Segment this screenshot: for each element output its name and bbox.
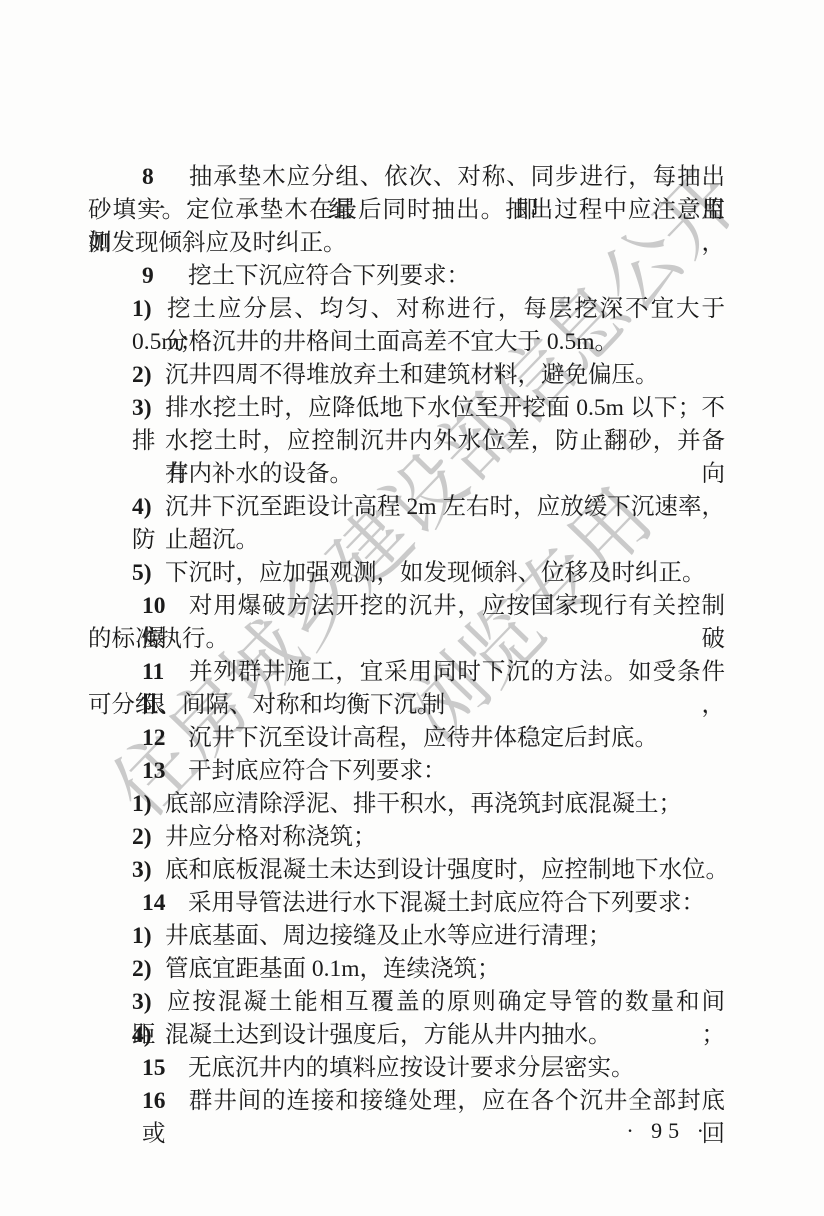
clause-line: 1)井底基面、周边接缝及止水等应进行清理； xyxy=(88,920,725,953)
clause-line: 11并列群井施工，宜采用同时下沉的方法。如受条件限制， xyxy=(88,656,725,689)
clause-number: 15 xyxy=(142,1052,188,1085)
clause-line: 4)沉井下沉至距设计高程 2m 左右时，应放缓下沉速率，防 xyxy=(88,491,725,524)
clause-number: 1) xyxy=(132,293,165,326)
clause-line: 3)底和底板混凝土未达到设计强度时，应控制地下水位。 xyxy=(88,854,725,887)
text-block: 8抽承垫木应分组、依次、对称、同步进行，每抽出一组即用砂填实。定位承垫木在最后同… xyxy=(88,161,725,1118)
clause-number: 5) xyxy=(132,557,165,590)
text-line: 止超沉。 xyxy=(88,524,725,557)
clause-line: 8抽承垫木应分组、依次、对称、同步进行，每抽出一组即用 xyxy=(88,161,725,194)
clause-number: 10 xyxy=(142,590,188,623)
clause-number: 4) xyxy=(132,491,165,524)
clause-line: 12沉井下沉至设计高程，应待井体稳定后封底。 xyxy=(88,722,725,755)
text-line: 分格沉井的井格间土面高差不宜大于 0.5m。 xyxy=(88,326,725,359)
clause-number: 1) xyxy=(132,788,165,821)
clause-line: 1)挖土应分层、均匀、对称进行，每层挖深不宜大于 0.5m； xyxy=(88,293,725,326)
clause-number: 3) xyxy=(132,392,165,425)
clause-number: 3) xyxy=(132,986,165,1019)
clause-line: 13干封底应符合下列要求： xyxy=(88,755,725,788)
clause-line: 15无底沉井内的填料应按设计要求分层密实。 xyxy=(88,1052,725,1085)
clause-number: 4) xyxy=(132,1019,165,1052)
clause-line: 2)管底宜距基面 0.1m，连续浇筑； xyxy=(88,953,725,986)
clause-line: 9挖土下沉应符合下列要求： xyxy=(88,260,725,293)
page-number: · 95 · xyxy=(626,1118,710,1144)
clause-number: 9 xyxy=(142,260,188,293)
clause-number: 3) xyxy=(132,854,165,887)
clause-line: 2)井应分格对称浇筑； xyxy=(88,821,725,854)
clause-line: 10对用爆破方法开挖的沉井，应按国家现行有关控制爆破 xyxy=(88,590,725,623)
clause-number: 2) xyxy=(132,953,165,986)
clause-number: 1) xyxy=(132,920,165,953)
clause-number: 13 xyxy=(142,755,188,788)
page: 住房城乡建设部信息公开 浏览专用 8抽承垫木应分组、依次、对称、同步进行，每抽出… xyxy=(0,0,824,1216)
clause-number: 16 xyxy=(142,1085,188,1118)
clause-number: 2) xyxy=(132,359,165,392)
text-line: 水挖土时，应控制沉井内外水位差，防止翻砂，并备有向 xyxy=(88,425,725,458)
clause-line: 3)应按混凝土能相互覆盖的原则确定导管的数量和间距； xyxy=(88,986,725,1019)
clause-number: 14 xyxy=(142,887,188,920)
clause-line: 16群井间的连接和接缝处理，应在各个沉井全部封底或回 xyxy=(88,1085,725,1118)
clause-number: 2) xyxy=(132,821,165,854)
clause-line: 1)底部应清除浮泥、排干积水，再浇筑封底混凝土； xyxy=(88,788,725,821)
clause-number: 11 xyxy=(142,656,188,689)
clause-number: 12 xyxy=(142,722,188,755)
clause-line: 3)排水挖土时，应降低地下水位至开挖面 0.5m 以下；不排 xyxy=(88,392,725,425)
clause-number: 8 xyxy=(142,161,188,194)
clause-line: 5)下沉时，应加强观测，如发现倾斜、位移及时纠正。 xyxy=(88,557,725,590)
clause-line: 14采用导管法进行水下混凝土封底应符合下列要求： xyxy=(88,887,725,920)
clause-line: 2)沉井四周不得堆放弃土和建筑材料，避免偏压。 xyxy=(88,359,725,392)
text-line: 砂填实。定位承垫木在最后同时抽出。抽出过程中应注意监测， xyxy=(88,194,725,227)
